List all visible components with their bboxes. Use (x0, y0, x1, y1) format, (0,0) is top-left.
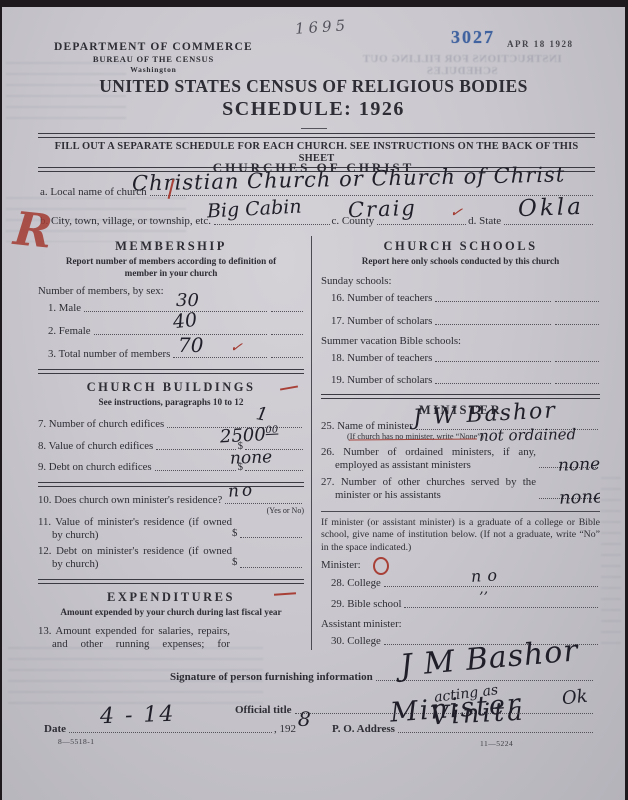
q9-label: 9. Debt on church edifices (38, 461, 152, 473)
local-name-label: a. Local name of church (40, 186, 147, 198)
graduate-note: If minister (or assistant minister) is a… (321, 517, 600, 555)
q27-row: 27. Number of other churches served by t… (321, 476, 600, 502)
membership-intro: Number of members, by sex: (38, 285, 304, 297)
local-name-row: a. Local name of church Christian Church… (40, 186, 595, 198)
q12-money: $ (232, 556, 304, 569)
q11-amount-blank (240, 528, 302, 538)
q9-row: 9. Debt on church edifices $ none (38, 461, 304, 473)
q11-money: $ (232, 527, 304, 540)
signature-row: Signature of person furnishing informati… (170, 671, 595, 683)
q19-tally (555, 374, 599, 384)
q2-label: 2. Female (38, 325, 91, 337)
q3-row: 3. Total number of members 70 ✓ (38, 348, 304, 360)
q11-label: 11. Value of minister's residence (if ow… (38, 516, 232, 542)
official-title-label: Official title (235, 704, 292, 716)
q1-label: 1. Male (38, 302, 81, 314)
q8-answer: 250000 (220, 425, 279, 446)
pencil-serial-number: 1695 (295, 18, 350, 37)
red-margin-letter-mark: R (11, 201, 55, 259)
q29-answer: ’’ (479, 591, 488, 605)
schools-subheading: Report here only schools conducted by th… (321, 256, 600, 268)
expenditures-subheading: Amount expended by your church during la… (38, 607, 304, 619)
q2-answer: 40 (172, 311, 198, 332)
form-body-columns: MEMBERSHIP Report number of members acco… (38, 236, 600, 650)
q10-row: 10. Does church own minister's residence… (38, 494, 304, 506)
q11-dollar-sign: $ (232, 527, 237, 540)
po-address-handwritten: Vinita (429, 699, 526, 730)
print-code: 11—5224 (480, 739, 513, 748)
q27-label: 27. Number of other churches served by t… (321, 476, 536, 502)
po-address-label: P. O. Address (332, 723, 395, 735)
date-handwritten: 4 - 14 (100, 704, 176, 729)
q10-hint: (Yes or No) (38, 506, 304, 515)
red-circle-mark (373, 557, 389, 575)
county-handwritten: Craig (348, 198, 417, 221)
red-checkmark: ✓ (229, 337, 244, 357)
q18-blank (435, 352, 551, 362)
buildings-heading: CHURCH BUILDINGS (38, 380, 304, 395)
q1-answer: 30 (176, 292, 199, 310)
receiving-stamp-date: APR 18 1928 (507, 39, 574, 49)
q16-tally (555, 292, 599, 302)
year-digit-handwritten: 8 (297, 709, 311, 730)
q7-label: 7. Number of church edifices (38, 418, 164, 430)
form-number: 8—5518-1 (58, 737, 95, 746)
q2-tally (271, 325, 303, 335)
q26-row: 26. Number of ordained ministers, if any… (321, 446, 600, 472)
q25-annotation: not ordained (479, 427, 576, 444)
q13-label: 13. Amount expended for salaries, repair… (38, 625, 230, 651)
q16-blank (435, 292, 551, 302)
q19-blank (435, 374, 551, 384)
q10-answer: no (227, 482, 255, 501)
state-handwritten: Okla (518, 196, 585, 221)
q29-row: 29. Bible school ’’ (321, 598, 600, 610)
receiving-stamp-number: 3027 (451, 27, 495, 48)
q27-answer: none (559, 488, 600, 508)
q11-row: 11. Value of minister's residence (if ow… (38, 516, 304, 542)
agency-city: Washington (54, 65, 253, 74)
right-column: CHURCH SCHOOLS Report here only schools … (312, 236, 600, 650)
expenditures-heading: EXPENDITURES (38, 590, 304, 605)
section-rule (38, 579, 304, 584)
bleedthrough-instructions-title: INSTRUCTIONS FOR FILLING OUT SCHEDULES (332, 53, 592, 77)
q30-label: 30. College (321, 635, 381, 647)
assistant-minister-label: Assistant minister: (321, 618, 600, 630)
scanned-census-form: INSTRUCTIONS FOR FILLING OUT SCHEDULES D… (0, 0, 628, 800)
q12-label: 12. Debt on minister's residence (if own… (38, 545, 232, 571)
section-rule (38, 482, 304, 487)
agency-block: DEPARTMENT OF COMMERCE BUREAU OF THE CEN… (54, 40, 253, 74)
membership-subheading: Report number of members according to de… (56, 256, 286, 280)
q1-tally (271, 302, 303, 312)
q19-row: 19. Number of scholars (321, 374, 600, 386)
q17-row: 17. Number of scholars (321, 315, 600, 327)
date-label: Date (44, 723, 66, 735)
summer-schools-label: Summer vacation Bible schools: (321, 335, 600, 347)
q3-label: 3. Total number of members (38, 348, 170, 360)
q26-answer: none (558, 457, 600, 475)
q18-label: 18. Number of teachers (321, 352, 432, 364)
section-rule (321, 394, 600, 399)
q25-hint-row: (If church has no minister, write “None”… (321, 432, 600, 441)
bleedthrough-block (601, 477, 621, 647)
q2-row: 2. Female 40 (38, 325, 304, 337)
q9-answer: none (230, 449, 273, 467)
q10-label: 10. Does church own minister's residence… (38, 494, 222, 506)
section-rule (321, 511, 600, 513)
q16-row: 16. Number of teachers (321, 292, 600, 304)
q13-row: 13. Amount expended for salaries, repair… (38, 625, 304, 651)
bureau-name: BUREAU OF THE CENSUS (54, 54, 253, 65)
paper-sheet: INSTRUCTIONS FOR FILLING OUT SCHEDULES D… (2, 7, 625, 800)
schools-heading: CHURCH SCHOOLS (321, 239, 600, 254)
form-title: UNITED STATES CENSUS OF RELIGIOUS BODIES (2, 76, 625, 97)
q3-tally (271, 348, 303, 358)
minister-grad-label: Minister: (321, 559, 600, 571)
q28-label: 28. College (321, 577, 381, 589)
q9-blank (155, 461, 236, 471)
membership-heading: MEMBERSHIP (38, 239, 304, 254)
q12-amount-blank (240, 558, 302, 568)
city-label: b. City, town, village, or township, etc… (40, 215, 211, 227)
q29-label: 29. Bible school (321, 598, 401, 610)
department-name: DEPARTMENT OF COMMERCE (54, 40, 253, 54)
signature-label: Signature of person furnishing informati… (170, 671, 373, 683)
q8-label: 8. Value of church edifices (38, 440, 153, 452)
q28-answer: no (471, 567, 504, 585)
po-state-handwritten: Ok (561, 688, 588, 709)
location-row: b. City, town, village, or township, etc… (40, 215, 595, 227)
q28-row: 28. College no (321, 577, 600, 589)
q29-blank (404, 598, 598, 608)
q18-row: 18. Number of teachers (321, 352, 600, 364)
q3-answer: 70 (178, 335, 203, 355)
q18-tally (555, 352, 599, 362)
sunday-schools-label: Sunday schools: (321, 275, 600, 287)
q12-dollar-sign: $ (232, 556, 237, 569)
q25-label: 25. Name of minister (321, 420, 413, 432)
section-rule (38, 369, 304, 374)
state-label: d. State (468, 215, 501, 227)
city-handwritten: Big Cabin (207, 198, 302, 222)
q17-label: 17. Number of scholars (321, 315, 432, 327)
q16-label: 16. Number of teachers (321, 292, 432, 304)
left-column: MEMBERSHIP Report number of members acco… (38, 236, 312, 650)
q26-label: 26. Number of ordained ministers, if any… (321, 446, 536, 472)
title-divider (301, 128, 327, 129)
q12-row: 12. Debt on minister's residence (if own… (38, 545, 304, 571)
form-subtitle: SCHEDULE: 1926 (2, 98, 625, 121)
year-printed: , 192 (274, 723, 296, 735)
q17-tally (555, 315, 599, 325)
q17-blank (435, 315, 551, 325)
q19-label: 19. Number of scholars (321, 374, 432, 386)
red-checkmark: ✓ (449, 202, 465, 222)
